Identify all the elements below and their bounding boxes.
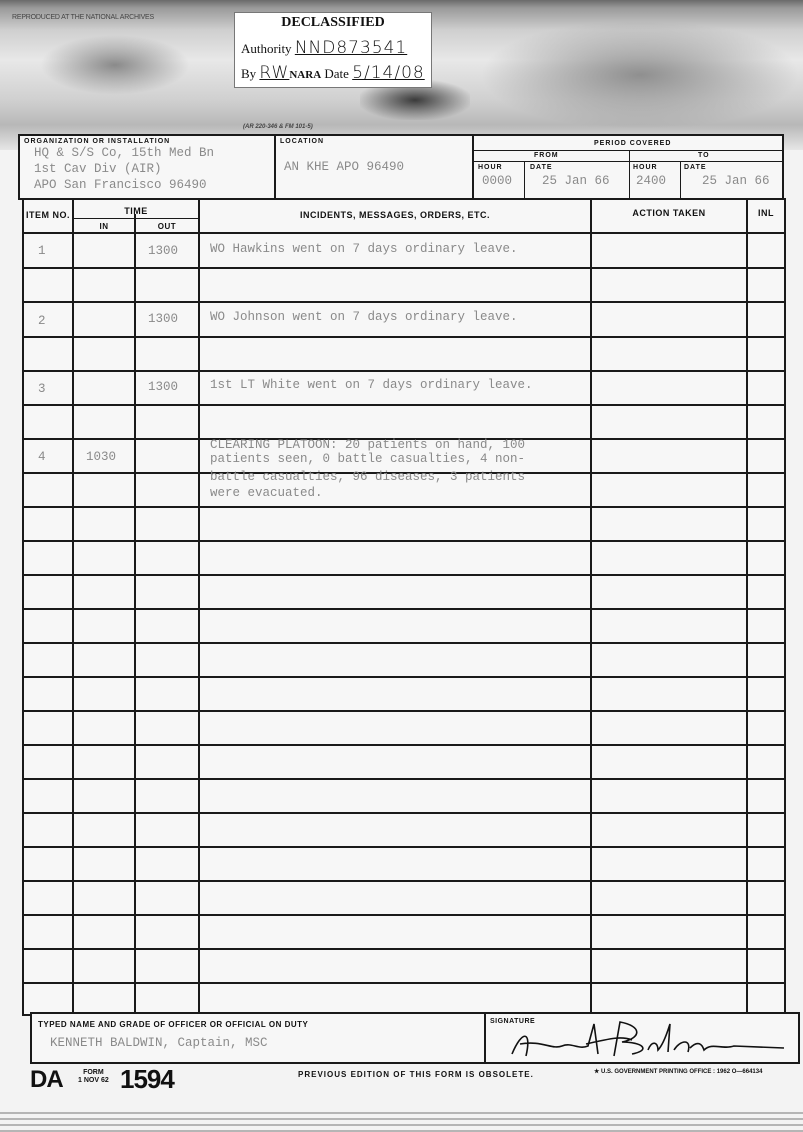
from-label: FROM bbox=[534, 152, 559, 159]
to-hour-value: 2400 bbox=[636, 174, 666, 188]
stamp-title: DECLASSIFIED bbox=[235, 15, 431, 31]
by-value: RW bbox=[259, 63, 289, 83]
from-hour-label: HOUR bbox=[478, 164, 503, 171]
signature bbox=[502, 1020, 792, 1062]
form-prefix: DA bbox=[30, 1066, 63, 1094]
entry-text: WO Hawkins went on 7 days ordinary leave… bbox=[210, 242, 518, 256]
entry-text-line-1: CLEARING PLATOON: 20 patients on hand, 1… bbox=[210, 438, 525, 452]
to-date-value: 25 Jan 66 bbox=[702, 174, 770, 188]
officer-label: TYPED NAME AND GRADE OF OFFICER OR OFFIC… bbox=[38, 1020, 308, 1029]
form-label-date: FORM 1 NOV 62 bbox=[78, 1069, 109, 1085]
from-date-label: DATE bbox=[530, 164, 553, 171]
officer-value: KENNETH BALDWIN, Captain, MSC bbox=[50, 1036, 268, 1050]
entry-text-line-3: battle casualties, 96 diseases, 3 patien… bbox=[210, 470, 525, 484]
entry-time-out: 1300 bbox=[148, 380, 178, 394]
stamp-authority: Authority NND873541 bbox=[241, 38, 407, 58]
entry-time-in: 1030 bbox=[86, 450, 116, 464]
entry-text-line-2: patients seen, 0 battle casualties, 4 no… bbox=[210, 452, 525, 466]
form-number: 1594 bbox=[120, 1064, 174, 1095]
col-time-in: IN bbox=[74, 222, 134, 231]
gpo-notice: ★ U.S. GOVERNMENT PRINTING OFFICE : 1962… bbox=[594, 1068, 762, 1075]
location-label: LOCATION bbox=[280, 138, 324, 145]
declassified-stamp: DECLASSIFIED Authority NND873541 By RWNA… bbox=[234, 12, 432, 88]
from-date-value: 25 Jan 66 bbox=[542, 174, 610, 188]
journal-table: ITEM NO. TIME IN OUT INCIDENTS, MESSAGES… bbox=[22, 198, 786, 1016]
col-incidents: INCIDENTS, MESSAGES, ORDERS, ETC. bbox=[200, 210, 590, 220]
col-time: TIME bbox=[74, 206, 198, 216]
col-item-no: ITEM NO. bbox=[24, 210, 72, 220]
entry-text: 1st LT White went on 7 days ordinary lea… bbox=[210, 378, 533, 392]
period-covered-box: PERIOD COVERED FROM TO HOUR DATE HOUR DA… bbox=[472, 134, 784, 200]
stamp-date-value: 5/14/08 bbox=[352, 63, 425, 83]
col-time-out: OUT bbox=[136, 222, 198, 231]
entry-item-no: 1 bbox=[38, 244, 46, 258]
to-hour-label: HOUR bbox=[633, 164, 658, 171]
entry-time-out: 1300 bbox=[148, 244, 178, 258]
authority-value: NND873541 bbox=[295, 38, 407, 58]
regulation-reference: (AR 220-346 & FM 101-5) bbox=[243, 124, 313, 130]
entry-item-no: 4 bbox=[38, 450, 46, 464]
col-action-taken: ACTION TAKEN bbox=[592, 208, 746, 218]
organization-line-1: HQ & S/S Co, 15th Med Bn bbox=[34, 146, 214, 160]
location-value: AN KHE APO 96490 bbox=[284, 160, 404, 174]
officer-signature-box: TYPED NAME AND GRADE OF OFFICER OR OFFIC… bbox=[30, 1012, 800, 1064]
entry-item-no: 2 bbox=[38, 314, 46, 328]
organization-label: ORGANIZATION OR INSTALLATION bbox=[24, 138, 170, 145]
to-date-label: DATE bbox=[684, 164, 707, 171]
location-box: LOCATION AN KHE APO 96490 bbox=[274, 134, 474, 200]
stamp-by: By RWNARA Date 5/14/08 bbox=[241, 63, 425, 83]
organization-box: ORGANIZATION OR INSTALLATION HQ & S/S Co… bbox=[18, 134, 276, 200]
to-label: TO bbox=[698, 152, 710, 159]
entry-text: WO Johnson went on 7 days ordinary leave… bbox=[210, 310, 518, 324]
organization-line-3: APO San Francisco 96490 bbox=[34, 178, 207, 192]
organization-line-2: 1st Cav Div (AIR) bbox=[34, 162, 162, 176]
entry-text-line-4: were evacuated. bbox=[210, 486, 323, 500]
obsolete-notice: PREVIOUS EDITION OF THIS FORM IS OBSOLET… bbox=[298, 1070, 534, 1079]
from-hour-value: 0000 bbox=[482, 174, 512, 188]
col-inl: INL bbox=[748, 208, 784, 218]
scan-bottom-edge bbox=[0, 1108, 803, 1132]
archive-header: REPRODUCED AT THE NATIONAL ARCHIVES bbox=[12, 14, 154, 21]
period-label: PERIOD COVERED bbox=[594, 140, 671, 147]
entry-item-no: 3 bbox=[38, 382, 46, 396]
entry-time-out: 1300 bbox=[148, 312, 178, 326]
